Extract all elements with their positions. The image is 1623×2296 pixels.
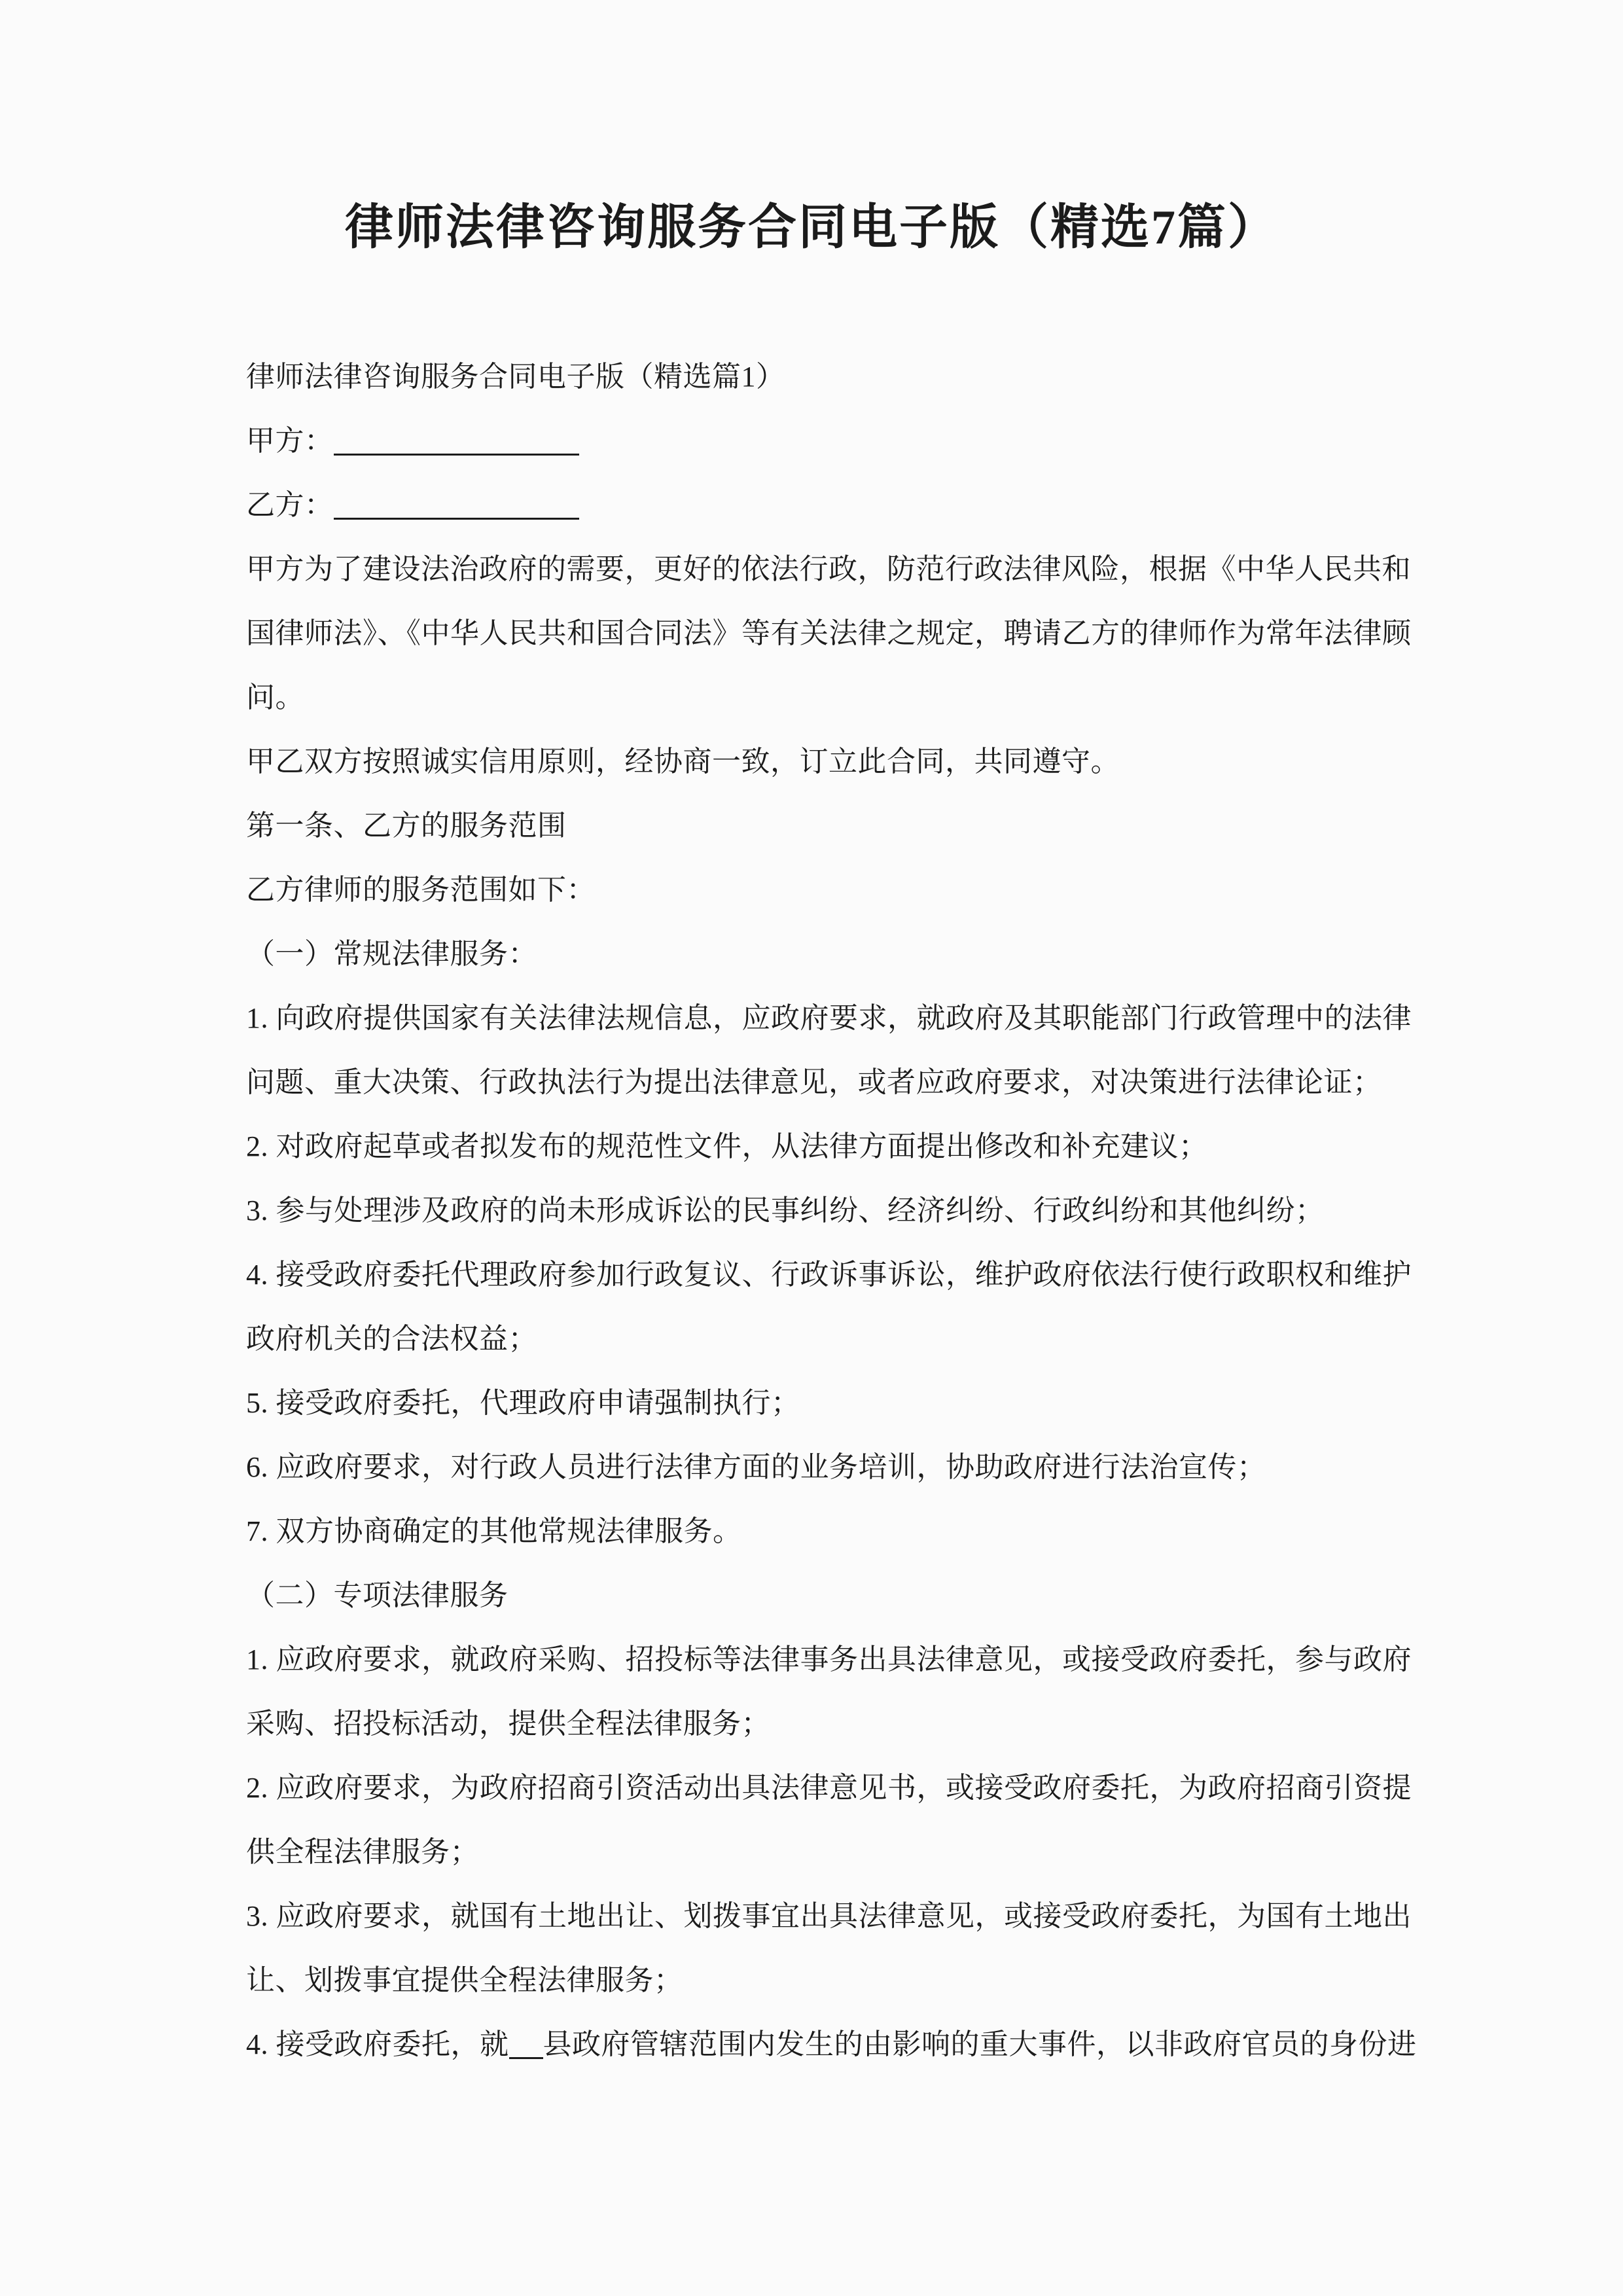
document-line: 问题、重大决策、行政执法行为提出法律意见，或者应政府要求，对决策进行法律论证；: [246, 1050, 1388, 1115]
document-line: 政府机关的合法权益；: [246, 1307, 1388, 1371]
document-line: 甲方：: [246, 409, 1388, 473]
document-line: 1. 向政府提供国家有关法律法规信息，应政府要求，就政府及其职能部门行政管理中的…: [246, 986, 1388, 1050]
document-line: （二）专项法律服务: [246, 1564, 1388, 1628]
line-text: 5. 接受政府委托，代理政府申请强制执行；: [246, 1387, 800, 1419]
document-line: 第一条、乙方的服务范围: [246, 794, 1388, 858]
line-text: 让、划拨事宜提供全程法律服务；: [246, 1964, 683, 1996]
line-text: （二）专项法律服务: [246, 1579, 508, 1611]
line-text: 乙方律师的服务范围如下：: [246, 874, 596, 906]
line-text: （一）常规法律服务：: [246, 938, 537, 970]
line-text: 甲方为了建设法治政府的需要，更好的依法行政，防范行政法律风险，根据《中华人民共和: [246, 553, 1411, 585]
line-text: 7. 双方协商确定的其他常规法律服务。: [246, 1515, 742, 1547]
line-text: 政府机关的合法权益；: [246, 1323, 537, 1355]
line-text: 4. 接受政府委托代理政府参加行政复议、行政诉事诉讼，维护政府依法行使行政职权和…: [246, 1259, 1412, 1291]
line-text: 3. 应政府要求，就国有土地出让、划拨事宜出具法律意见，或接受政府委托，为国有土…: [246, 1900, 1412, 1932]
document-line: （一）常规法律服务：: [246, 922, 1388, 986]
line-text: 采购、招投标活动，提供全程法律服务；: [246, 1708, 770, 1740]
line-text: 供全程法律服务；: [246, 1836, 479, 1868]
fill-in-blank: [509, 2031, 543, 2059]
document-line: 乙方律师的服务范围如下：: [246, 858, 1388, 922]
line-text: 乙方：: [246, 489, 334, 521]
line-text: 律师法律咨询服务合同电子版（精选篇1）: [246, 361, 785, 393]
document-line: 3. 应政府要求，就国有土地出让、划拨事宜出具法律意见，或接受政府委托，为国有土…: [246, 1884, 1388, 1948]
document-line: 让、划拨事宜提供全程法律服务；: [246, 1948, 1388, 2013]
line-text: 2. 应政府要求，为政府招商引资活动出具法律意见书，或接受政府委托，为政府招商引…: [246, 1772, 1412, 1804]
line-text: 甲乙双方按照诚实信用原则，经协商一致，订立此合同，共同遵守。: [246, 745, 1120, 778]
document-title: 律师法律咨询服务合同电子版（精选7篇）: [0, 0, 1623, 255]
document-line: 4. 接受政府委托，就县政府管辖范围内发生的由影响的重大事件，以非政府官员的身份…: [246, 2013, 1388, 2077]
fill-in-blank: [334, 492, 579, 520]
document-line: 甲乙双方按照诚实信用原则，经协商一致，订立此合同，共同遵守。: [246, 730, 1388, 794]
document-line: 3. 参与处理涉及政府的尚未形成诉讼的民事纠纷、经济纠纷、行政纠纷和其他纠纷；: [246, 1179, 1388, 1243]
document-line: 律师法律咨询服务合同电子版（精选篇1）: [246, 345, 1388, 409]
fill-in-blank: [334, 427, 579, 456]
document-line: 2. 对政府起草或者拟发布的规范性文件，从法律方面提出修改和补充建议；: [246, 1115, 1388, 1179]
line-text: 6. 应政府要求，对行政人员进行法律方面的业务培训，协助政府进行法治宣传；: [246, 1451, 1266, 1483]
document-line: 供全程法律服务；: [246, 1820, 1388, 1884]
line-text: 县政府管辖范围内发生的由影响的重大事件，以非政府官员的身份进: [543, 2028, 1417, 2060]
line-text: 2. 对政府起草或者拟发布的规范性文件，从法律方面提出修改和补充建议；: [246, 1130, 1208, 1162]
document-page: 律师法律咨询服务合同电子版（精选7篇） 律师法律咨询服务合同电子版（精选篇1）甲…: [0, 0, 1623, 2296]
document-line: 采购、招投标活动，提供全程法律服务；: [246, 1692, 1388, 1756]
line-text: 甲方：: [246, 425, 334, 457]
document-line: 问。: [246, 666, 1388, 730]
document-line: 国律师法》、《中华人民共和国合同法》等有关法律之规定，聘请乙方的律师作为常年法律…: [246, 601, 1388, 666]
document-line: 2. 应政府要求，为政府招商引资活动出具法律意见书，或接受政府委托，为政府招商引…: [246, 1756, 1388, 1820]
line-text: 第一条、乙方的服务范围: [246, 810, 567, 842]
document-line: 6. 应政府要求，对行政人员进行法律方面的业务培训，协助政府进行法治宣传；: [246, 1435, 1388, 1499]
document-body: 律师法律咨询服务合同电子版（精选篇1）甲方：乙方：甲方为了建设法治政府的需要，更…: [246, 345, 1388, 2077]
document-line: 1. 应政府要求，就政府采购、招投标等法律事务出具法律意见，或接受政府委托，参与…: [246, 1628, 1388, 1692]
document-line: 7. 双方协商确定的其他常规法律服务。: [246, 1499, 1388, 1564]
document-line: 甲方为了建设法治政府的需要，更好的依法行政，防范行政法律风险，根据《中华人民共和: [246, 537, 1388, 601]
line-text: 4. 接受政府委托，就: [246, 2028, 509, 2060]
document-line: 4. 接受政府委托代理政府参加行政复议、行政诉事诉讼，维护政府依法行使行政职权和…: [246, 1243, 1388, 1307]
document-line: 乙方：: [246, 473, 1388, 537]
line-text: 国律师法》、《中华人民共和国合同法》等有关法律之规定，聘请乙方的律师作为常年法律…: [246, 617, 1412, 649]
line-text: 问。: [246, 681, 304, 713]
line-text: 1. 向政府提供国家有关法律法规信息，应政府要求，就政府及其职能部门行政管理中的…: [246, 1002, 1412, 1034]
line-text: 问题、重大决策、行政执法行为提出法律意见，或者应政府要求，对决策进行法律论证；: [246, 1066, 1382, 1098]
line-text: 3. 参与处理涉及政府的尚未形成诉讼的民事纠纷、经济纠纷、行政纠纷和其他纠纷；: [246, 1194, 1325, 1227]
document-line: 5. 接受政府委托，代理政府申请强制执行；: [246, 1371, 1388, 1435]
line-text: 1. 应政府要求，就政府采购、招投标等法律事务出具法律意见，或接受政府委托，参与…: [246, 1643, 1412, 1676]
